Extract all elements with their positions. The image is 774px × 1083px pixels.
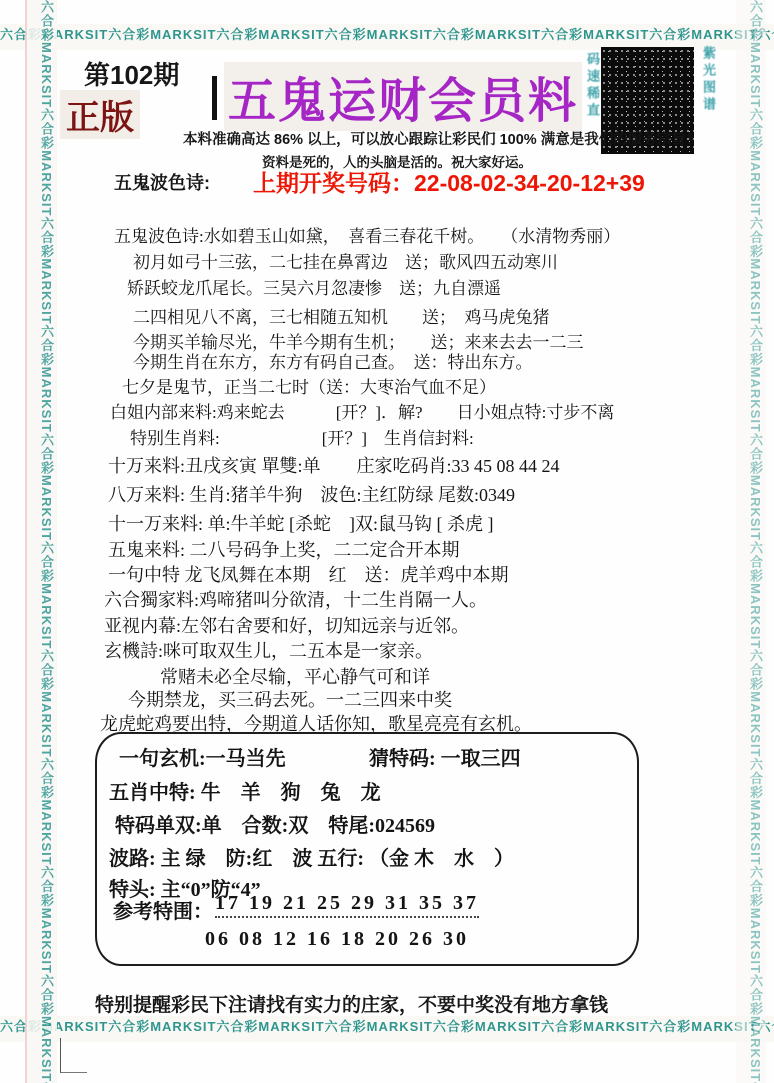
lottery-tip-sheet: 六合彩MARKSIT六合彩MARKSIT六合彩MARKSIT六合彩MARKSIT… bbox=[0, 0, 774, 1083]
page-title: 五鬼运财会员料 bbox=[224, 62, 582, 131]
reference-numbers-row1: 17 19 21 25 29 31 35 37 bbox=[215, 892, 479, 918]
reference-numbers-row2: 06 08 12 16 18 20 26 30 bbox=[205, 928, 469, 951]
poem-line: 五鬼波色诗:水如碧玉山如黛， 喜看三春花千树。 （水清物秀丽） bbox=[114, 222, 620, 247]
issue-number: 第102期 bbox=[84, 55, 179, 92]
last-draw-numbers: 上期开奖号码：22-08-02-34-20-12+39 bbox=[253, 165, 645, 198]
material-line: 五鬼来料: 二八号码争上奖，二二定合开本期 bbox=[108, 536, 460, 562]
bettor-warning: 特别提醒彩民下注请找有实力的庄家，不要中奖没有地方拿钱 bbox=[95, 990, 608, 1017]
poem-section-label: 五鬼波色诗: bbox=[114, 169, 210, 195]
material-line: 一句中特 龙飞凤舞在本期 红 送：虎羊鸡中本期 bbox=[108, 561, 509, 587]
poem-line: 七夕是鬼节，正当二七时（送：大枣治气血不足） bbox=[122, 373, 496, 398]
edition-label: 正版 bbox=[60, 90, 140, 139]
poem-line: 初月如弓十三弦，二七挂在鼻霄边 送；歌风四五动寒川 bbox=[133, 248, 558, 273]
stamp-text-right: 紫光图谱 bbox=[699, 46, 718, 114]
prediction-box: 一句玄机:一马当先 猜特码: 一取三四 五肖中特: 牛 羊 狗 兔 龙 特码单双… bbox=[95, 732, 639, 966]
poem-line: 矫跃蛟龙爪尾长。三吴六月忽凄惨 送；九自漂遥 bbox=[127, 274, 501, 299]
advice-line: 今期禁龙，买三码去死。一二三四来中奖 bbox=[128, 686, 452, 712]
reference-range-label: 参考特围： bbox=[113, 895, 213, 924]
border-pattern-bottom: 六合彩MARKSIT六合彩MARKSIT六合彩MARKSIT六合彩MARKSIT… bbox=[0, 1016, 774, 1042]
poem-line: 二四相见八不离，三七相随五知机 送； 鸡马虎兔猪 bbox=[133, 303, 550, 328]
guess-special-code: 猜特码: 一取三四 bbox=[369, 742, 521, 771]
material-line: 八万来料: 生肖:猪羊牛狗 波色:主红防绿 尾数:0349 bbox=[108, 481, 515, 507]
stamp-text-left: 码速稀直 bbox=[583, 52, 602, 120]
insider-line: 白姐内部来料:鸡来蛇去 [开？]．解? 日小姐点特:寸步不离 bbox=[110, 398, 614, 423]
insider-line: 特别生肖料: [开？] 生肖信封料: bbox=[130, 424, 474, 449]
mystery-phrase: 一句玄机:一马当先 bbox=[119, 742, 286, 771]
five-zodiac-special: 五肖中特: 牛 羊 狗 兔 龙 bbox=[109, 776, 381, 805]
material-line: 十一万来料: 单:牛羊蛇 [杀蛇 ]双:鼠马钩 [ 杀虎 ] bbox=[108, 510, 493, 536]
accuracy-slogan: 本料准确高达 86% 以上，可以放心跟踪让彩民们 100% 满意是我们的服务宗旨… bbox=[183, 128, 700, 149]
corner-scan-mark bbox=[60, 1038, 87, 1073]
material-line: 玄機詩:咪可取双生儿，二五本是一家亲。 bbox=[104, 637, 433, 663]
border-pattern-left: 六合彩MARKSIT六合彩MARKSIT六合彩MARKSIT六合彩MARKSIT… bbox=[25, 0, 57, 1083]
title-bar-mark bbox=[212, 76, 217, 120]
border-pattern-right: 六合彩MARKSIT六合彩MARKSIT六合彩MARKSIT六合彩MARKSIT… bbox=[736, 0, 766, 1083]
material-line: 亚视内幕:左邻右舍要和好，切知远亲与近邻。 bbox=[104, 612, 469, 638]
material-line: 十万来料:丑戌亥寅 單雙:单 庄家吃码肖:33 45 08 44 24 bbox=[108, 452, 560, 478]
poem-line: 今期生肖在东方，东方有码自己查。 送：特出东方。 bbox=[133, 348, 533, 373]
odd-even-sum-tail: 特码单双:单 合数:双 特尾:024569 bbox=[115, 809, 435, 838]
material-line: 六合獨家料:鸡啼猪叫分欲清，十二生肖隔一人。 bbox=[104, 586, 487, 612]
wave-color-elements: 波路: 主 绿 防:红 波 五行: （金 木 水 ） bbox=[109, 842, 514, 871]
